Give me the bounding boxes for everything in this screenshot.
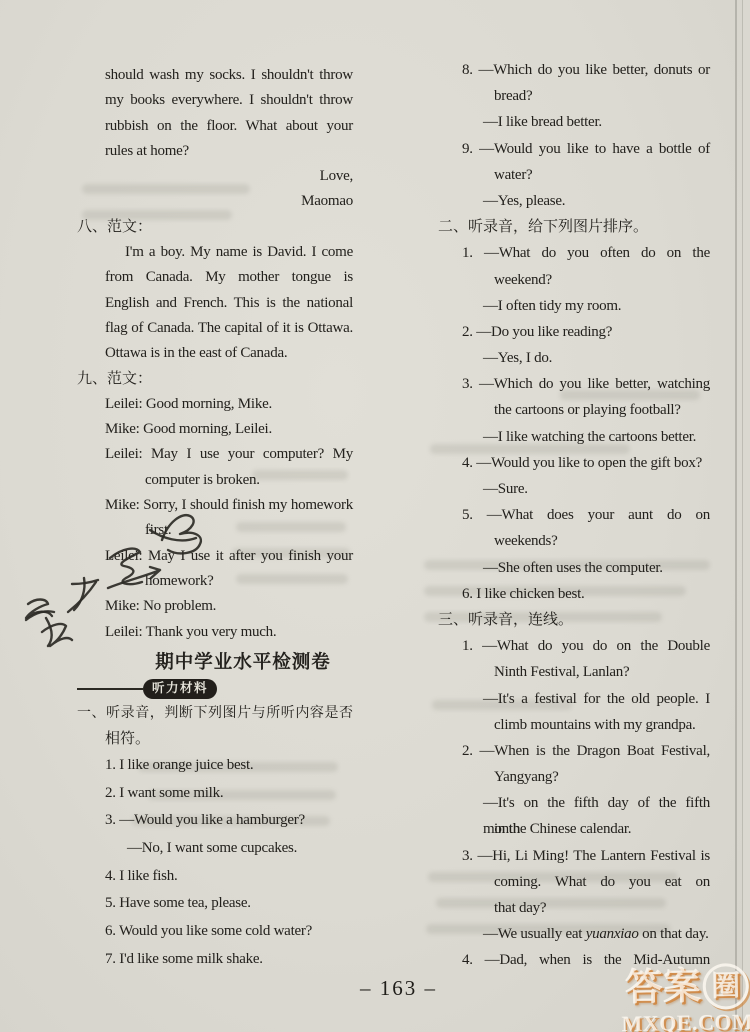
text-line: Love, [77,164,353,189]
text-line: —We usually eat yuanxiao on that day. [438,921,710,947]
text-line: 1. —What do you often do on the [438,240,710,266]
text-line: 2. —When is the Dragon Boat Festival, [438,738,710,764]
text-line: I'm a boy. My name is David. I come [77,240,353,265]
badge-label: 听力材料 [143,679,217,699]
text-line: 8. —Which do you like better, donuts or [438,57,710,83]
watermark-site-url: MXQE.COM [612,1008,750,1032]
text-line: —I like bread better. [438,109,710,135]
text-line: homework? [77,569,353,594]
text-line: Ninth Festival, Lanlan? [438,659,710,685]
text-line: Leilei: May I use it after you finish yo… [77,544,353,569]
text-line: 一、听录音，判断下列图片与所听内容是否 [77,701,353,726]
text-line: my books everywhere. I shouldn't throw [77,88,353,113]
italic-term: yuanxiao [586,926,639,942]
text-line: 3. —Which do you like better, watching [438,371,710,397]
left-text-column: should wash my socks. I shouldn't throwm… [77,63,353,974]
text-line: Mike: No problem. [77,594,353,619]
text-line: bread? [438,83,710,109]
text-line: —She often uses the computer. [438,555,710,581]
text-line: 二、听录音，给下列图片排序。 [438,214,710,240]
text-line: 4. —Dad, when is the Mid-Autumn [438,947,710,973]
text-line: 4. I like fish. [77,863,353,891]
text-line: computer is broken. [77,468,353,493]
badge-rule [77,688,143,690]
text-line: Mike: Good morning, Leilei. [77,417,353,442]
page-number: – 163 – [360,976,437,1001]
text-line: 1. I like orange juice best. [77,752,353,780]
scanned-workbook-page: should wash my socks. I shouldn't throwm… [0,0,750,1032]
text-line: weekends? [438,528,710,554]
text-line: 1. —What do you do on the Double [438,633,710,659]
text-line: —It's on the fifth day of the fifth mont… [438,790,710,816]
text-line: Leilei: Good morning, Mike. [77,392,353,417]
text-line: —No, I want some cupcakes. [77,835,353,863]
text-line: the cartoons or playing football? [438,397,710,423]
text-line: —Yes, I do. [438,345,710,371]
text-line: 3. —Hi, Li Ming! The Lantern Festival is [438,843,710,869]
text-line: water? [438,162,710,188]
page-edge-line [742,0,744,1032]
text-line: coming. What do you eat on [438,869,710,895]
text-line: Mike: Sorry, I should finish my homework [77,493,353,518]
listening-material-badge: 听力材料 [77,676,353,701]
text-line: Yangyang? [438,764,710,790]
text-line: flag of Canada. The capital of it is Ott… [77,316,353,341]
text-line: 6. I like chicken best. [438,581,710,607]
page-edge-strip [743,0,750,1032]
text-line: 九、范文： [77,367,353,392]
text-line: first. [77,518,353,543]
text-line: rubbish on the floor. What about your [77,114,353,139]
text-line: —It's a festival for the old people. I [438,686,710,712]
text-line: weekend? [438,267,710,293]
text-line: 5. Have some tea, please. [77,890,353,918]
text-line: should wash my socks. I shouldn't throw [77,63,353,88]
text-line: 9. —Would you like to have a bottle of [438,136,710,162]
text-line: in the Chinese calendar. [438,816,710,842]
text-line: English and French. This is the national [77,291,353,316]
text-line: rules at home? [77,139,353,164]
text-line: 7. I'd like some milk shake. [77,946,353,974]
section-heading: 期中学业水平检测卷 [77,651,353,676]
text-line: 三、听录音，连线。 [438,607,710,633]
text-line: —Sure. [438,476,710,502]
text-line: 5. —What does your aunt do on [438,502,710,528]
text-line: 6. Would you like some cold water? [77,918,353,946]
text-line: 2. I want some milk. [77,780,353,808]
text-line: Leilei: Thank you very much. [77,620,353,645]
text-line: 八、范文： [77,215,353,240]
text-line: Ottawa is in the east of Canada. [77,341,353,366]
text-line: 4. —Would you like to open the gift box? [438,450,710,476]
text-line: from Canada. My mother tongue is [77,265,353,290]
right-text-column: 8. —Which do you like better, donuts orb… [438,57,710,974]
text-line: climb mountains with my grandpa. [438,712,710,738]
text-line: —I like watching the cartoons better. [438,424,710,450]
text-line: that day? [438,895,710,921]
text-line: —I often tidy my room. [438,293,710,319]
text-line: Leilei: May I use your computer? My [77,442,353,467]
text-line: 相符。 [77,727,353,752]
text-line: —Yes, please. [438,188,710,214]
text-line: 3. —Would you like a hamburger? [77,807,353,835]
text-line: Maomao [77,189,353,214]
page-edge-line [735,0,737,1032]
text-line: 2. —Do you like reading? [438,319,710,345]
